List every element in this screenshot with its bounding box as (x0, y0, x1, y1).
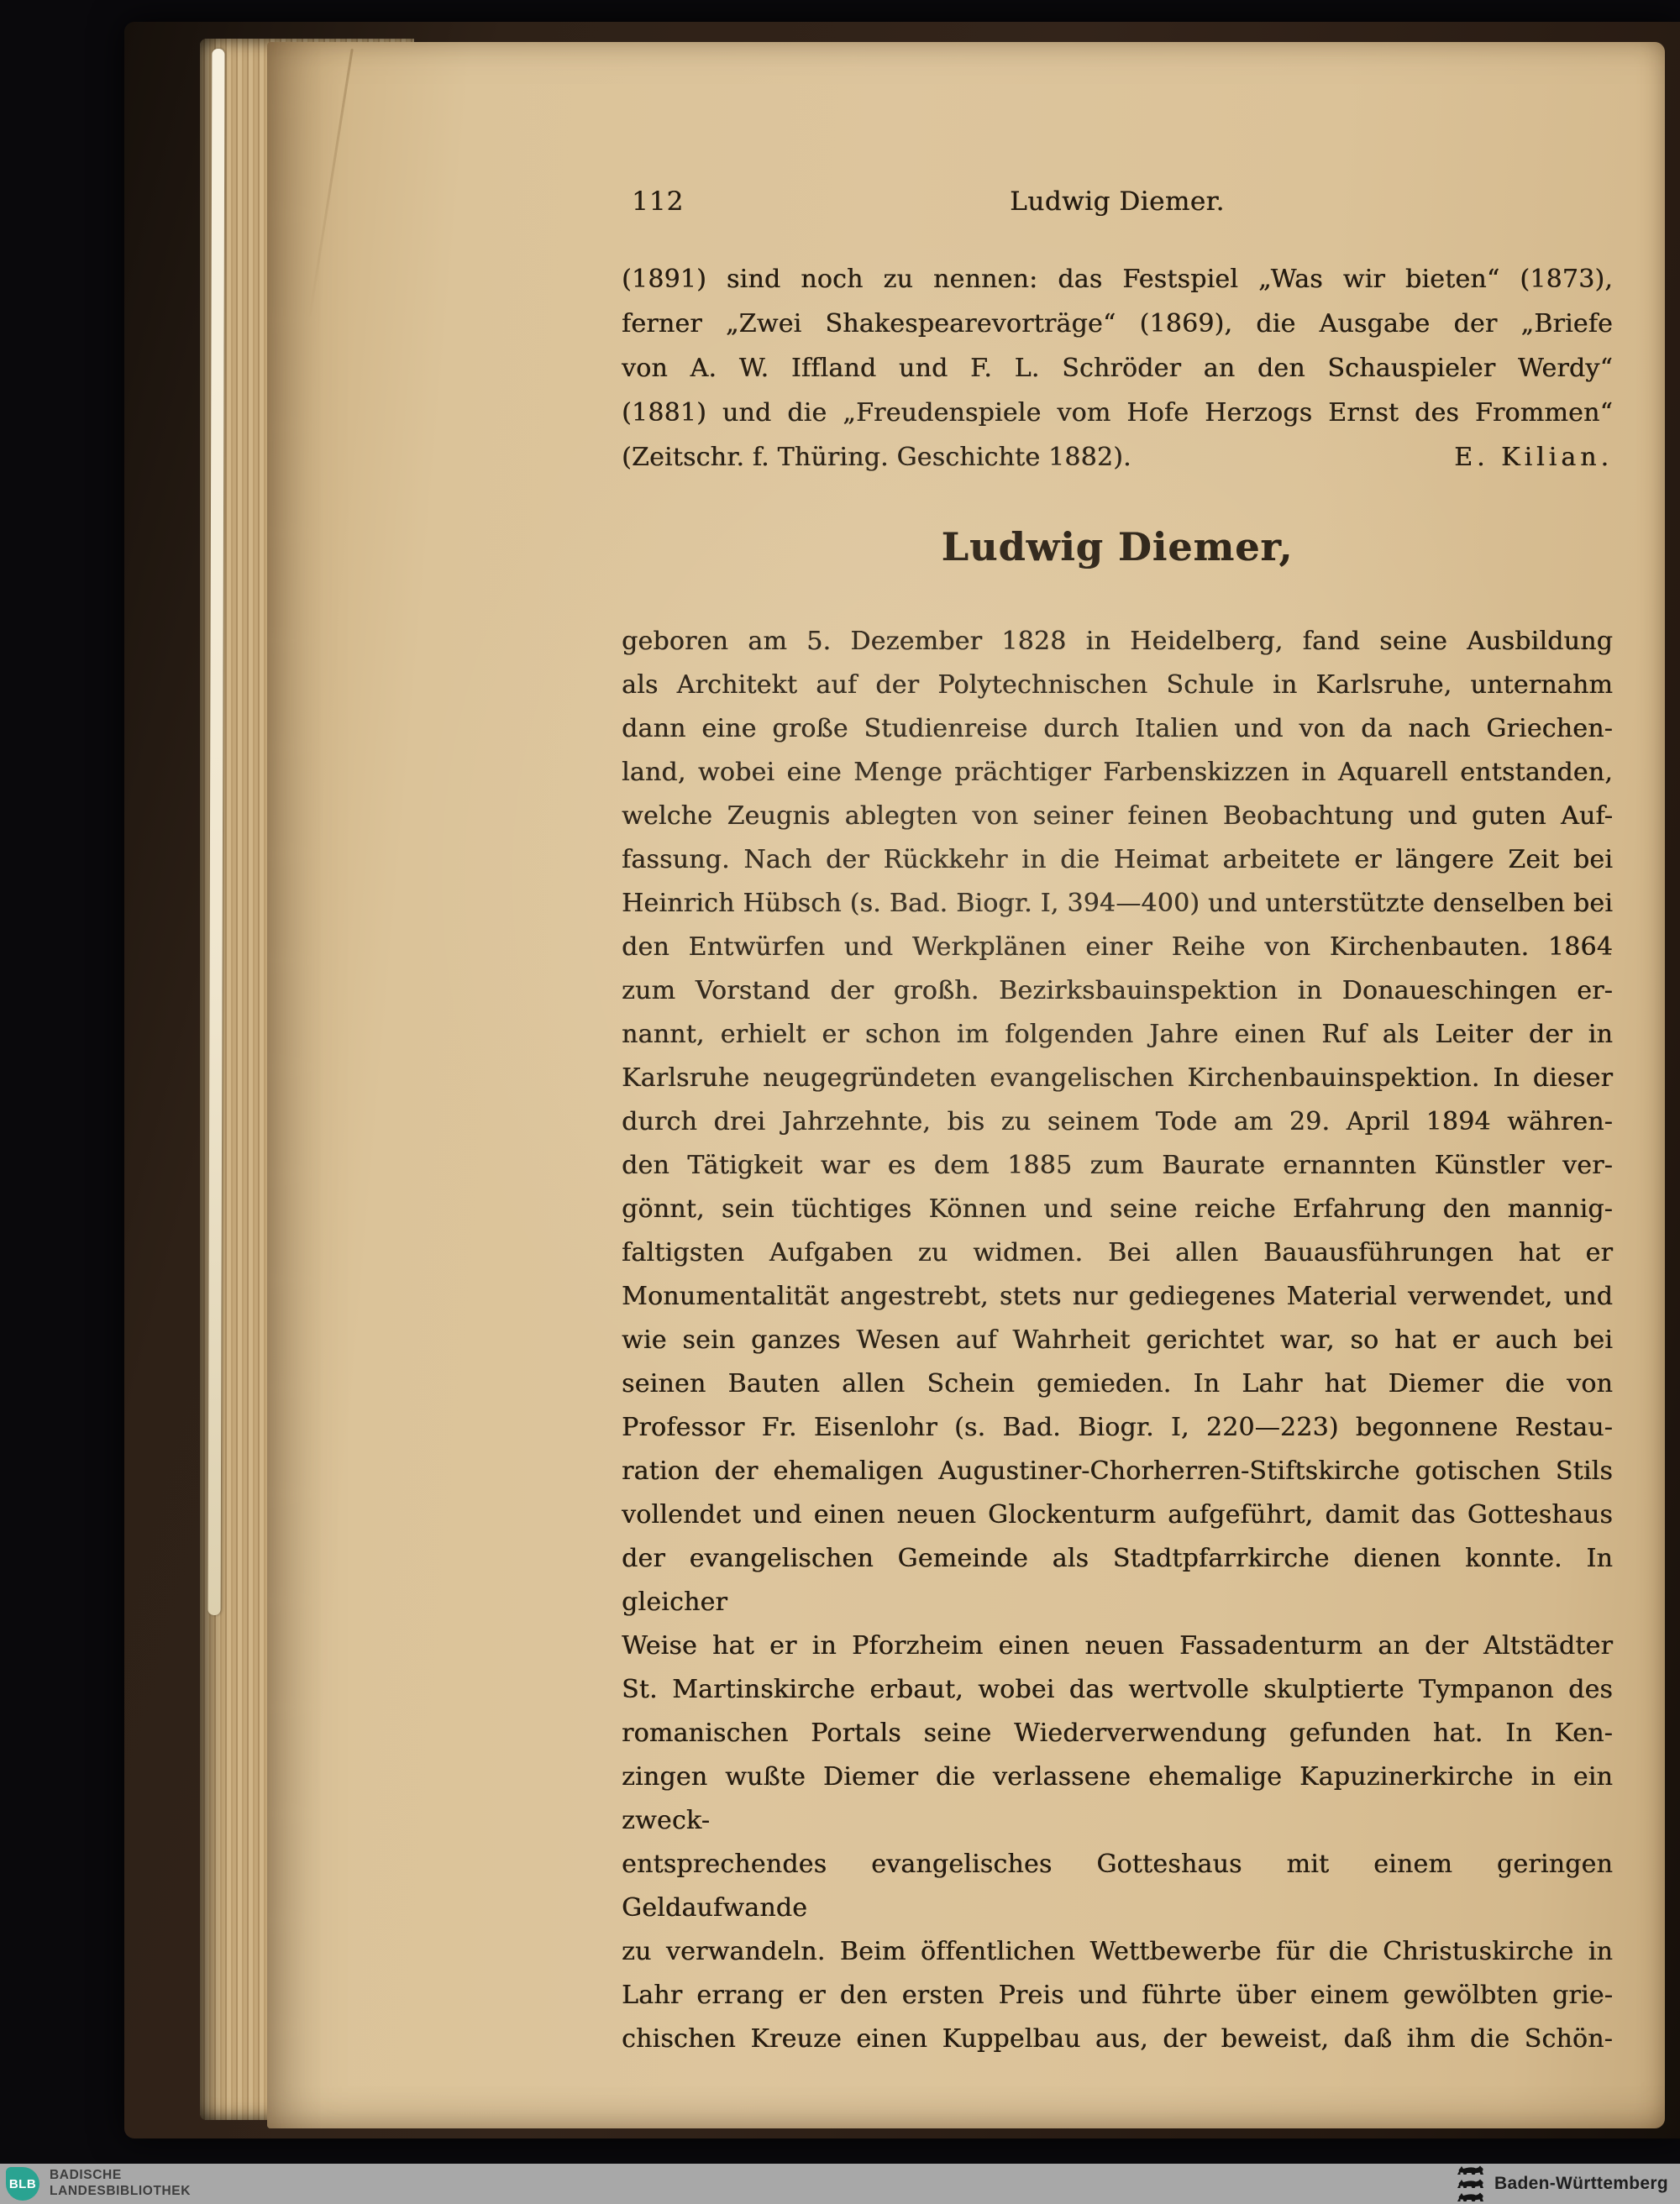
text-line: entsprechendes evangelisches Gotteshaus … (622, 1843, 1613, 1930)
book-page: 112 Ludwig Diemer. (1891) sind noch zu n… (267, 42, 1665, 2128)
text-line: durch drei Jahrzehnte, bis zu seinem Tod… (622, 1100, 1613, 1144)
text-line: geboren am 5. Dezember 1828 in Heidelber… (622, 620, 1613, 664)
running-title: Ludwig Diemer. (622, 186, 1613, 217)
text-line: romanischen Portals seine Wiederverwendu… (622, 1712, 1613, 1755)
text-line: zu verwandeln. Beim öffentlichen Wettbew… (622, 1930, 1613, 1974)
text-line: gönnt, sein tüchtiges Können und seine r… (622, 1188, 1613, 1231)
paper-crease (307, 49, 354, 323)
text-line: von A. W. Iffland und F. L. Schröder an … (622, 346, 1613, 391)
library-branding: BLB BADISCHE LANDESBIBLIOTHEK (0, 2167, 191, 2201)
library-name-line1: BADISCHE (50, 2168, 191, 2184)
text-line: den Entwürfen und Werkplänen einer Reihe… (622, 926, 1613, 969)
text-line: Heinrich Hübsch (s. Bad. Biogr. I, 394—4… (622, 882, 1613, 926)
text-line: St. Martinskirche erbaut, wobei das wert… (622, 1668, 1613, 1712)
library-name: BADISCHE LANDESBIBLIOTHEK (50, 2168, 191, 2199)
text-line: land, wobei eine Menge prächtiger Farben… (622, 751, 1613, 795)
text-line: den Tätigkeit war es dem 1885 zum Baurat… (622, 1144, 1613, 1188)
scan-background: 112 Ludwig Diemer. (1891) sind noch zu n… (0, 0, 1680, 2204)
text-line: faltigsten Aufgaben zu widmen. Bei allen… (622, 1231, 1613, 1275)
text-line: vollendet und einen neuen Glockenturm au… (622, 1493, 1613, 1537)
region-branding: Baden-Württemberg (1456, 2165, 1680, 2203)
text-line: ferner „Zwei Shakespearevorträge“ (1869)… (622, 302, 1613, 346)
text-line: nannt, erhielt er schon im folgenden Jah… (622, 1013, 1613, 1057)
text-line: zum Vorstand der großh. Bezirksbauinspek… (622, 969, 1613, 1013)
text-line: (1891) sind noch zu nennen: das Festspie… (622, 257, 1613, 302)
text-line: Professor Fr. Eisenlohr (s. Bad. Biogr. … (622, 1406, 1613, 1450)
text-line: Monumentalität angestrebt, stets nur ged… (622, 1275, 1613, 1319)
text-line: der evangelischen Gemeinde als Stadtpfar… (622, 1537, 1613, 1624)
text-line: chischen Kreuze einen Kuppelbau aus, der… (622, 2018, 1613, 2061)
previous-article-end: (1891) sind noch zu nennen: das Festspie… (622, 257, 1613, 480)
region-label: Baden-Württemberg (1494, 2174, 1668, 2194)
text-line: welche Zeugnis ablegten von seiner feine… (622, 795, 1613, 838)
blb-logo-text: BLB (9, 2177, 36, 2191)
baden-wuerttemberg-lions-icon (1456, 2165, 1484, 2203)
author-signature: E. Kilian. (1454, 435, 1613, 480)
text-line: Weise hat er in Pforzheim einen neuen Fa… (622, 1624, 1613, 1668)
text-line: als Architekt auf der Polytechnischen Sc… (622, 664, 1613, 707)
text-line: Lahr errang er den ersten Preis und führ… (622, 1974, 1613, 2018)
text-line: ration der ehemaligen Augustiner-Chorher… (622, 1450, 1613, 1493)
library-name-line2: LANDESBIBLIOTHEK (50, 2184, 191, 2200)
blb-logo-icon: BLB (6, 2167, 39, 2201)
text-line: wie sein ganzes Wesen auf Wahrheit geric… (622, 1319, 1613, 1362)
running-head: 112 Ludwig Diemer. (622, 186, 1613, 223)
text-line: zingen wußte Diemer die verlassene ehema… (622, 1755, 1613, 1843)
footer-bar: BLB BADISCHE LANDESBIBLIOTHEK Baden-Würt… (0, 2164, 1680, 2204)
citation-text: (Zeitschr. f. Thüring. Geschichte 1882). (622, 435, 1131, 480)
text-line: dann eine große Studienreise durch Itali… (622, 707, 1613, 751)
article-body: geboren am 5. Dezember 1828 in Heidelber… (622, 620, 1613, 2061)
text-line: fassung. Nach der Rückkehr in die Heimat… (622, 838, 1613, 882)
text-column: 112 Ludwig Diemer. (1891) sind noch zu n… (622, 42, 1613, 2128)
text-line: (Zeitschr. f. Thüring. Geschichte 1882).… (622, 435, 1613, 480)
text-line: (1881) und die „Freudenspiele vom Hofe H… (622, 391, 1613, 435)
text-line: Karlsruhe neugegründeten evangelischen K… (622, 1057, 1613, 1100)
text-line: seinen Bauten allen Schein gemieden. In … (622, 1362, 1613, 1406)
article-heading: Ludwig Diemer, (622, 524, 1613, 569)
